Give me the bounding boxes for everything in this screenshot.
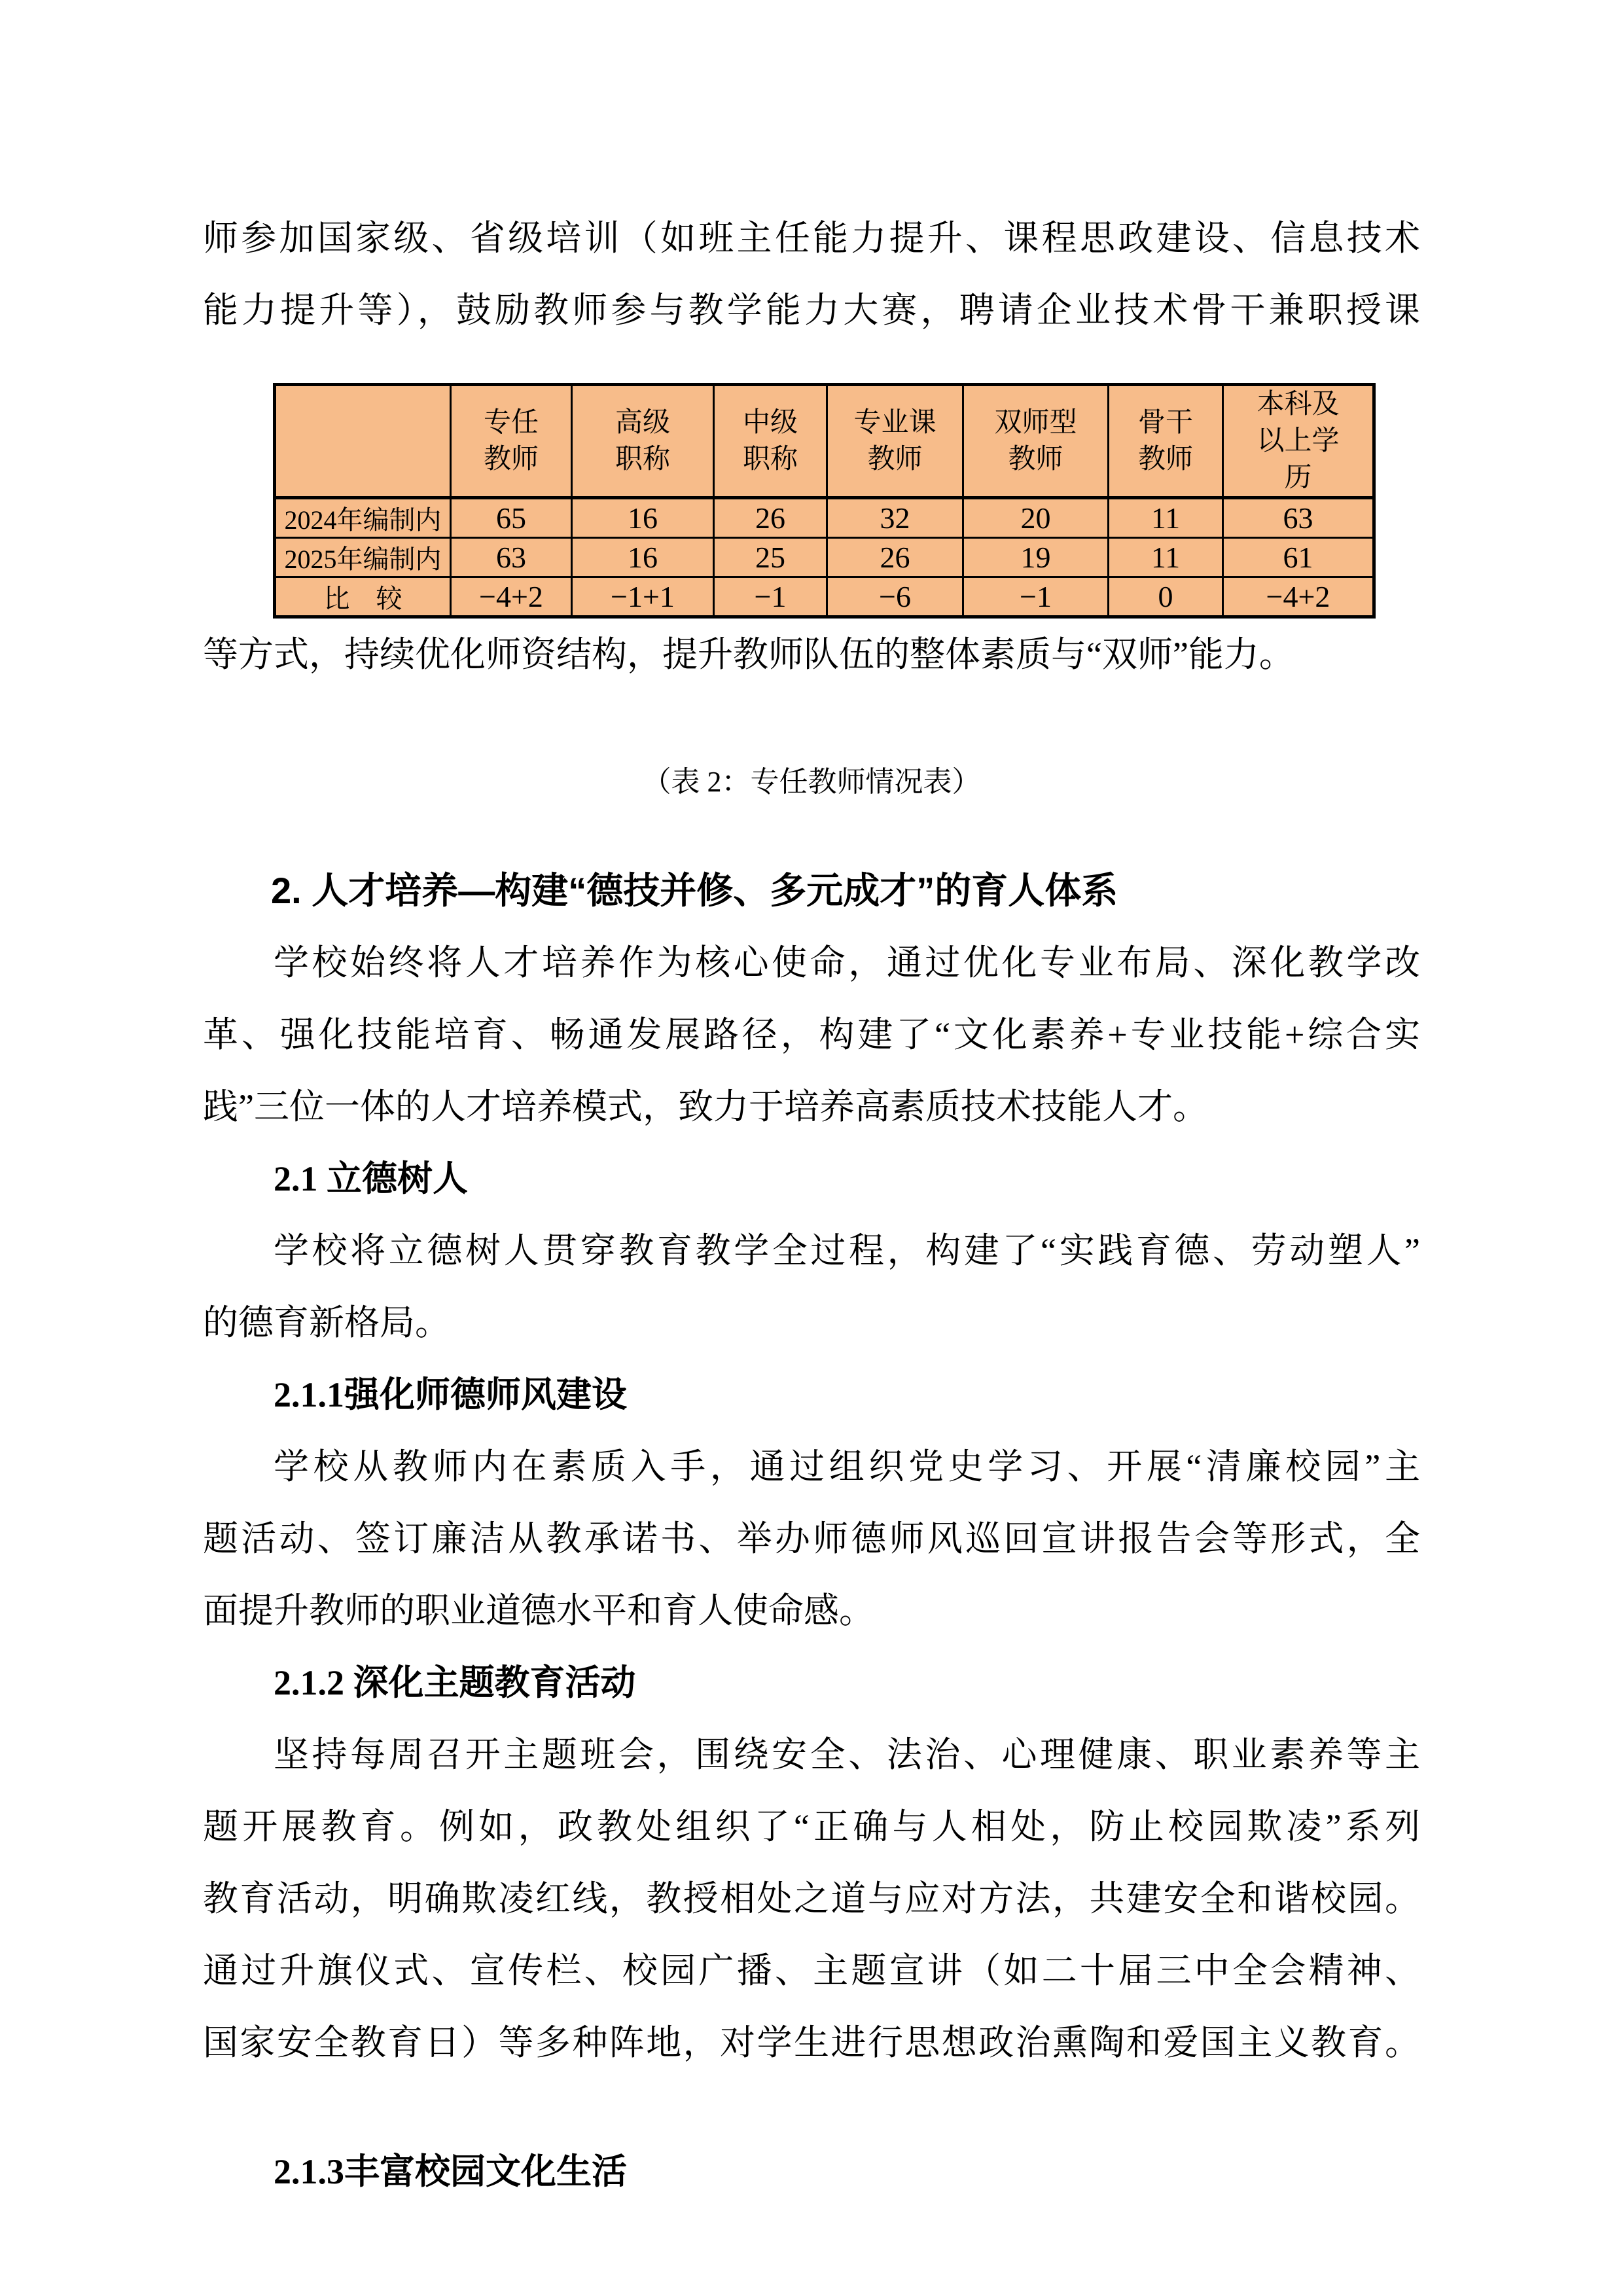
cell-value: −1 <box>963 577 1109 617</box>
table-caption: （表 2：专任教师情况表） <box>203 746 1420 818</box>
body-line: 面提升教师的职业道德水平和育人使命感。 <box>203 1575 1420 1647</box>
cell-value: 63 <box>1223 498 1374 538</box>
cell-value: 26 <box>714 498 827 538</box>
table-header-row: 专任 教师 高级 职称 中级 职称 专业课 教师 双师型 教师 骨干 教师 本科… <box>275 385 1374 498</box>
cell-value: −4+2 <box>1223 577 1374 617</box>
cell-value: 20 <box>963 498 1109 538</box>
body-line: 革、强化技能培育、畅通发展路径，构建了“文化素养+专业技能+综合实 <box>203 999 1420 1071</box>
section-heading-2: 2. 人才培养—构建“德技并修、多元成才”的育人体系 <box>203 855 1420 927</box>
table-header-senior-title: 高级 职称 <box>572 385 714 498</box>
row-label-2024: 2024年编制内 <box>275 498 451 538</box>
table-row-comparison: 比 较 −4+2 −1+1 −1 −6 −1 0 −4+2 <box>275 577 1374 617</box>
cell-value: 26 <box>827 538 963 577</box>
body-line: 能力提升等），鼓励教师参与教学能力大赛，聘请企业技术骨干兼职授课 <box>203 274 1420 346</box>
cell-value: 16 <box>572 498 714 538</box>
row-label-comparison: 比 较 <box>275 577 451 617</box>
body-line: 教育活动，明确欺凌红线，教授相处之道与应对方法，共建安全和谐校园。 <box>203 1863 1420 1935</box>
teacher-table-wrapper: 专任 教师 高级 职称 中级 职称 专业课 教师 双师型 教师 骨干 教师 本科… <box>273 383 1372 619</box>
body-line: 题活动、签订廉洁从教承诺书、举办师德师风巡回宣讲报告会等形式，全 <box>203 1503 1420 1575</box>
cell-value: 11 <box>1109 538 1223 577</box>
table-row-2024: 2024年编制内 65 16 26 32 20 11 63 <box>275 498 1374 538</box>
section-heading-2-1-1: 2.1.1强化师德师风建设 <box>203 1359 1420 1431</box>
body-line: 的德育新格局。 <box>203 1287 1420 1359</box>
table-header-full-time-teachers: 专任 教师 <box>451 385 572 498</box>
body-line: 题开展教育。例如，政教处组织了“正确与人相处，防止校园欺凌”系列 <box>203 1791 1420 1863</box>
table-header-bachelor-and-above: 本科及 以上学 历 <box>1223 385 1374 498</box>
cell-value: −4+2 <box>451 577 572 617</box>
table-row-2025: 2025年编制内 63 16 25 26 19 11 61 <box>275 538 1374 577</box>
page-content: 师参加国家级、省级培训（如班主任能力提升、课程思政建设、信息技术 能力提升等），… <box>203 0 1420 2208</box>
cell-value: 32 <box>827 498 963 538</box>
body-line: 国家安全教育日）等多种阵地，对学生进行思想政治熏陶和爱国主义教育。 <box>203 2007 1420 2079</box>
table-header-empty <box>275 385 451 498</box>
section-heading-2-1: 2.1 立德树人 <box>203 1143 1420 1215</box>
body-line: 等方式，持续优化师资结构，提升教师队伍的整体素质与“双师”能力。 <box>203 619 1420 691</box>
cell-value: 65 <box>451 498 572 538</box>
body-line: 学校始终将人才培养作为核心使命，通过优化专业布局、深化教学改 <box>203 927 1420 999</box>
cell-value: 0 <box>1109 577 1223 617</box>
cell-value: 63 <box>451 538 572 577</box>
body-line: 学校将立德树人贯穿教育教学全过程，构建了“实践育德、劳动塑人” <box>203 1215 1420 1287</box>
section-heading-2-1-3: 2.1.3丰富校园文化生活 <box>203 2136 1420 2208</box>
table-header-intermediate-title: 中级 职称 <box>714 385 827 498</box>
table-header-dual-qualified-teachers: 双师型 教师 <box>963 385 1109 498</box>
body-line: 通过升旗仪式、宣传栏、校园广播、主题宣讲（如二十届三中全会精神、 <box>203 1935 1420 2007</box>
body-line: 坚持每周召开主题班会，围绕安全、法治、心理健康、职业素养等主 <box>203 1719 1420 1791</box>
body-line: 师参加国家级、省级培训（如班主任能力提升、课程思政建设、信息技术 <box>203 202 1420 274</box>
table-header-backbone-teachers: 骨干 教师 <box>1109 385 1223 498</box>
body-line: 学校从教师内在素质入手，通过组织党史学习、开展“清廉校园”主 <box>203 1431 1420 1503</box>
cell-value: 19 <box>963 538 1109 577</box>
cell-value: 11 <box>1109 498 1223 538</box>
table-header-specialty-course-teachers: 专业课 教师 <box>827 385 963 498</box>
teacher-statistics-table: 专任 教师 高级 职称 中级 职称 专业课 教师 双师型 教师 骨干 教师 本科… <box>273 383 1376 619</box>
section-heading-2-1-2: 2.1.2 深化主题教育活动 <box>203 1647 1420 1719</box>
cell-value: 25 <box>714 538 827 577</box>
cell-value: 61 <box>1223 538 1374 577</box>
row-label-2025: 2025年编制内 <box>275 538 451 577</box>
cell-value: −1+1 <box>572 577 714 617</box>
cell-value: −6 <box>827 577 963 617</box>
document-page: 师参加国家级、省级培训（如班主任能力提升、课程思政建设、信息技术 能力提升等），… <box>0 0 1623 2296</box>
cell-value: 16 <box>572 538 714 577</box>
body-line: 践”三位一体的人才培养模式，致力于培养高素质技术技能人才。 <box>203 1071 1420 1143</box>
cell-value: −1 <box>714 577 827 617</box>
